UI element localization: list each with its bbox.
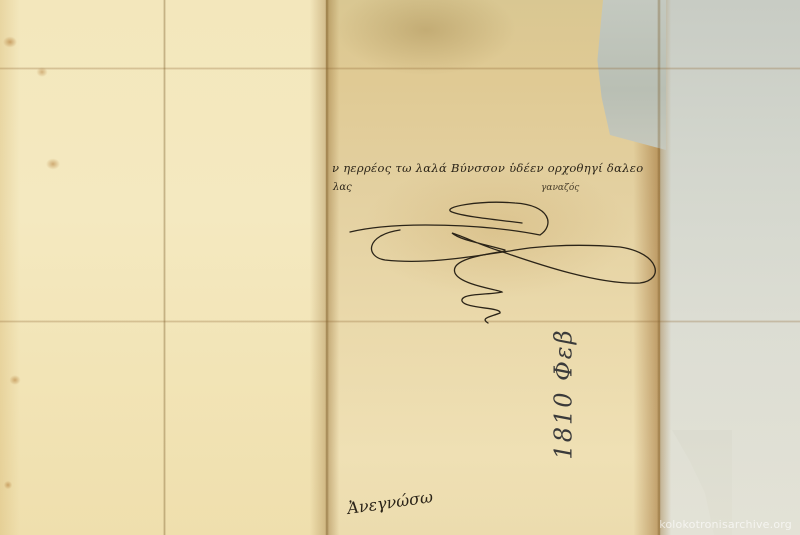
- fold-line-vertical: [325, 0, 329, 535]
- fold-line-horizontal: [0, 67, 800, 70]
- manuscript-sheet: ν ηερρέος τω λαλά Βύνσσον ὑδέεν ορχοθηγί…: [0, 0, 800, 535]
- archive-watermark: kolokotronisarchive.org: [659, 518, 792, 531]
- address-line-2-right: γαναζός: [541, 183, 579, 193]
- rotated-date-note: 1810 Φεβ: [550, 328, 578, 459]
- address-line-2: λας: [333, 182, 352, 193]
- signature-flourish: [340, 195, 670, 325]
- address-line-1: ν ηερρέος τω λαλά Βύνσσον ὑδέεν ορχοθηγί…: [332, 161, 644, 175]
- fold-line-vertical: [163, 0, 166, 535]
